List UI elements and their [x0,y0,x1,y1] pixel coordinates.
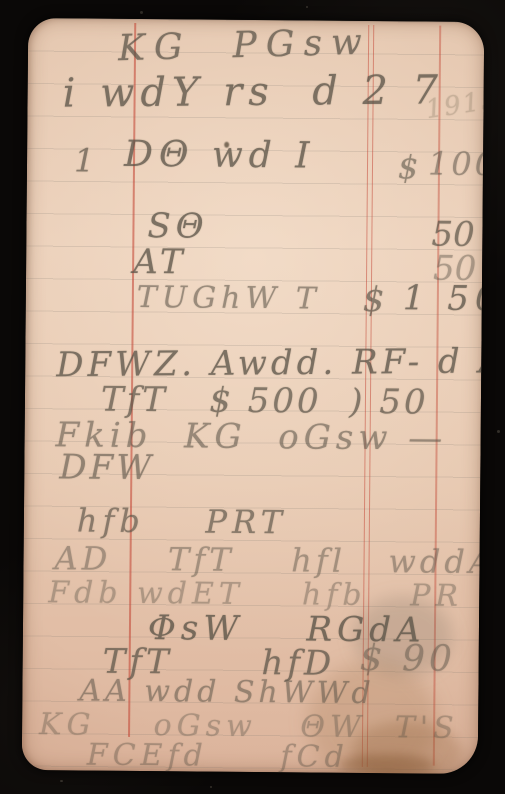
backdrop-speck [306,6,308,8]
photo-backdrop: KG PGsw i wdY rs d 2 7 1915 1 DΘ wd I $ … [0,0,505,794]
backdrop-speck [140,11,143,14]
backdrop-speck [60,780,63,782]
backdrop-speck [497,430,500,433]
paper-vignette [22,18,485,774]
backdrop-speck [210,786,212,788]
notebook-page: KG PGsw i wdY rs d 2 7 1915 1 DΘ wd I $ … [22,18,485,774]
